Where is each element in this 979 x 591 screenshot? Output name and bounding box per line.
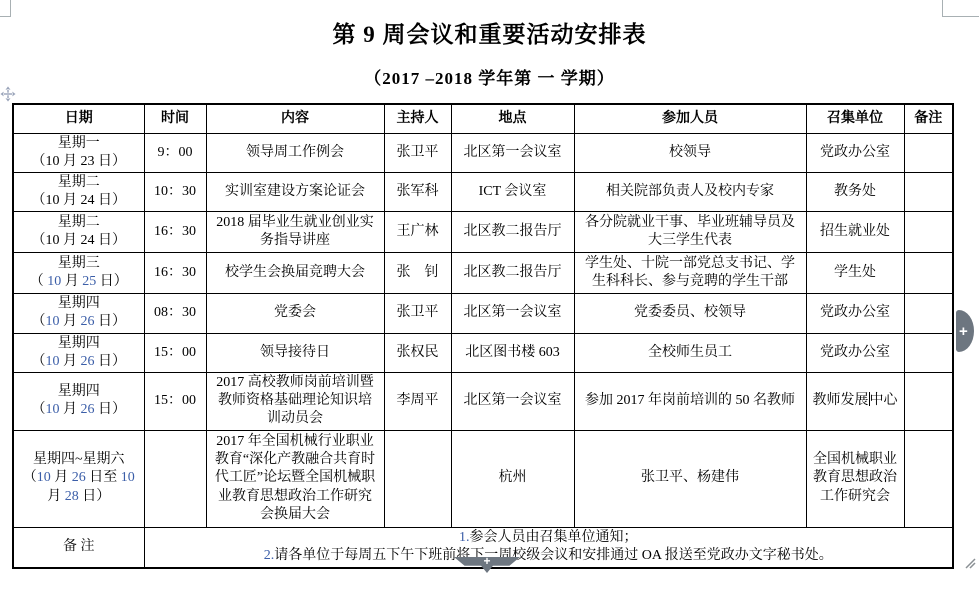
col-header-note[interactable]: 备注 bbox=[904, 104, 953, 133]
cell-location[interactable]: 北区第一会议室 bbox=[451, 373, 574, 431]
col-header-organizer[interactable]: 召集单位 bbox=[806, 104, 904, 133]
page-subtitle[interactable]: （2017 –2018 学年第 一 学期） bbox=[0, 64, 979, 89]
cell-location[interactable]: 北区第一会议室 bbox=[451, 133, 574, 172]
table-row: 星期一 （10 月 23 日）9：00领导周工作例会张卫平北区第一会议室校领导党… bbox=[13, 133, 953, 172]
cell-note[interactable] bbox=[904, 253, 953, 294]
cell-time[interactable]: 16：30 bbox=[144, 212, 206, 253]
cell-date[interactable]: 星期三 （ 10 月 25 日） bbox=[13, 253, 144, 294]
col-header-location[interactable]: 地点 bbox=[451, 104, 574, 133]
cell-content[interactable]: 领导接待日 bbox=[206, 333, 384, 372]
cell-host[interactable]: 张卫平 bbox=[384, 133, 451, 172]
cell-note[interactable] bbox=[904, 294, 953, 333]
remarks-label[interactable]: 备 注 bbox=[13, 527, 144, 568]
cell-note[interactable] bbox=[904, 212, 953, 253]
cell-location[interactable]: 北区图书楼 603 bbox=[451, 333, 574, 372]
table-row: 星期二 （10 月 24 日）10：30实训室建设方案论证会张军科ICT 会议室… bbox=[13, 172, 953, 211]
cell-time[interactable]: 10：30 bbox=[144, 172, 206, 211]
cell-organizer[interactable]: 党政办公室 bbox=[806, 333, 904, 372]
cell-participants[interactable]: 校领导 bbox=[574, 133, 806, 172]
cell-location[interactable]: ICT 会议室 bbox=[451, 172, 574, 211]
table-row: 星期三 （ 10 月 25 日）16：30校学生会换届竞聘大会张 钊北区教二报告… bbox=[13, 253, 953, 294]
cell-note[interactable] bbox=[904, 172, 953, 211]
cell-note[interactable] bbox=[904, 430, 953, 527]
expand-right-handle[interactable]: + bbox=[956, 310, 974, 352]
schedule-table-body: 星期一 （10 月 23 日）9：00领导周工作例会张卫平北区第一会议室校领导党… bbox=[13, 133, 953, 568]
table-move-handle-icon[interactable] bbox=[0, 86, 16, 102]
cell-host[interactable]: 张军科 bbox=[384, 172, 451, 211]
cell-date[interactable]: 星期四 （10 月 26 日） bbox=[13, 294, 144, 333]
cell-time[interactable]: 15：00 bbox=[144, 373, 206, 431]
cell-content[interactable]: 校学生会换届竞聘大会 bbox=[206, 253, 384, 294]
cell-organizer[interactable]: 全国机械职业 教育思想政治 工作研究会 bbox=[806, 430, 904, 527]
cell-date[interactable]: 星期四 （10 月 26 日） bbox=[13, 373, 144, 431]
cell-content[interactable]: 2017 年全国机械行业职业 教育“深化产教融合共育时 代工匠”论坛暨全国机械职… bbox=[206, 430, 384, 527]
cell-date[interactable]: 星期四~星期六 （10 月 26 日至 10 月 28 日） bbox=[13, 430, 144, 527]
cell-content[interactable]: 实训室建设方案论证会 bbox=[206, 172, 384, 211]
cell-content[interactable]: 2018 届毕业生就业创业实 务指导讲座 bbox=[206, 212, 384, 253]
col-header-time[interactable]: 时间 bbox=[144, 104, 206, 133]
col-header-participants[interactable]: 参加人员 bbox=[574, 104, 806, 133]
table-resize-grip-icon[interactable] bbox=[964, 556, 976, 568]
cell-content[interactable]: 2017 高校教师岗前培训暨 教师资格基础理论知识培 训动员会 bbox=[206, 373, 384, 431]
cell-time[interactable]: 16：30 bbox=[144, 253, 206, 294]
cell-note[interactable] bbox=[904, 373, 953, 431]
col-header-host[interactable]: 主持人 bbox=[384, 104, 451, 133]
cell-date[interactable]: 星期四 （10 月 26 日） bbox=[13, 333, 144, 372]
cell-location[interactable]: 北区教二报告厅 bbox=[451, 212, 574, 253]
table-header-row: 日期 时间 内容 主持人 地点 参加人员 召集单位 备注 bbox=[13, 104, 953, 133]
col-header-date[interactable]: 日期 bbox=[13, 104, 144, 133]
cell-organizer[interactable]: 教师发展中心 bbox=[806, 373, 904, 431]
cell-participants[interactable]: 参加 2017 年岗前培训的 50 名教师 bbox=[574, 373, 806, 431]
cell-date[interactable]: 星期二 （10 月 24 日） bbox=[13, 172, 144, 211]
schedule-table: 日期 时间 内容 主持人 地点 参加人员 召集单位 备注 星期一 （10 月 2… bbox=[12, 103, 954, 569]
cell-participants[interactable]: 各分院就业干事、毕业班辅导员及 大三学生代表 bbox=[574, 212, 806, 253]
cell-note[interactable] bbox=[904, 333, 953, 372]
cell-organizer[interactable]: 学生处 bbox=[806, 253, 904, 294]
cell-participants[interactable]: 党委委员、校领导 bbox=[574, 294, 806, 333]
table-row: 星期四 （10 月 26 日）15：002017 高校教师岗前培训暨 教师资格基… bbox=[13, 373, 953, 431]
cell-date[interactable]: 星期一 （10 月 23 日） bbox=[13, 133, 144, 172]
document-page: 第 9 周会议和重要活动安排表 （2017 –2018 学年第 一 学期） 日期… bbox=[0, 0, 979, 591]
cell-organizer[interactable]: 党政办公室 bbox=[806, 294, 904, 333]
cell-host[interactable]: 李周平 bbox=[384, 373, 451, 431]
cell-participants[interactable]: 张卫平、杨建伟 bbox=[574, 430, 806, 527]
text-cursor bbox=[869, 392, 870, 406]
cell-time[interactable]: 9：00 bbox=[144, 133, 206, 172]
cell-host[interactable] bbox=[384, 430, 451, 527]
cell-host[interactable]: 张 钊 bbox=[384, 253, 451, 294]
insert-row-handle[interactable]: + bbox=[454, 557, 520, 573]
table-row: 星期四~星期六 （10 月 26 日至 10 月 28 日）2017 年全国机械… bbox=[13, 430, 953, 527]
table-row: 星期二 （10 月 24 日）16：302018 届毕业生就业创业实 务指导讲座… bbox=[13, 212, 953, 253]
cell-time[interactable]: 15：00 bbox=[144, 333, 206, 372]
cell-location[interactable]: 杭州 bbox=[451, 430, 574, 527]
cell-content[interactable]: 领导周工作例会 bbox=[206, 133, 384, 172]
cell-participants[interactable]: 学生处、十院一部党总支书记、学 生科科长、参与竞聘的学生干部 bbox=[574, 253, 806, 294]
cell-organizer[interactable]: 教务处 bbox=[806, 172, 904, 211]
cell-participants[interactable]: 相关院部负责人及校内专家 bbox=[574, 172, 806, 211]
remarks-content[interactable]: 1.参会人员由召集单位通知； 2.请各单位于每周五下午下班前将下一周校级会议和安… bbox=[144, 527, 953, 568]
col-header-content[interactable]: 内容 bbox=[206, 104, 384, 133]
cell-organizer[interactable]: 招生就业处 bbox=[806, 212, 904, 253]
cell-note[interactable] bbox=[904, 133, 953, 172]
text-boundary-mark-top-right-icon bbox=[942, 0, 979, 17]
cell-host[interactable]: 张卫平 bbox=[384, 294, 451, 333]
plus-icon: + bbox=[959, 323, 968, 340]
cell-participants[interactable]: 全校师生员工 bbox=[574, 333, 806, 372]
page-title[interactable]: 第 9 周会议和重要活动安排表 bbox=[0, 16, 979, 49]
table-row: 星期四 （10 月 26 日）08：30党委会张卫平北区第一会议室党委委员、校领… bbox=[13, 294, 953, 333]
cell-host[interactable]: 王广林 bbox=[384, 212, 451, 253]
cell-location[interactable]: 北区第一会议室 bbox=[451, 294, 574, 333]
cell-organizer[interactable]: 党政办公室 bbox=[806, 133, 904, 172]
text-boundary-mark-top-left-icon bbox=[0, 0, 11, 17]
cell-time[interactable] bbox=[144, 430, 206, 527]
cell-content[interactable]: 党委会 bbox=[206, 294, 384, 333]
cell-host[interactable]: 张权民 bbox=[384, 333, 451, 372]
cell-location[interactable]: 北区教二报告厅 bbox=[451, 253, 574, 294]
cell-date[interactable]: 星期二 （10 月 24 日） bbox=[13, 212, 144, 253]
table-row: 星期四 （10 月 26 日）15：00领导接待日张权民北区图书楼 603全校师… bbox=[13, 333, 953, 372]
cell-time[interactable]: 08：30 bbox=[144, 294, 206, 333]
